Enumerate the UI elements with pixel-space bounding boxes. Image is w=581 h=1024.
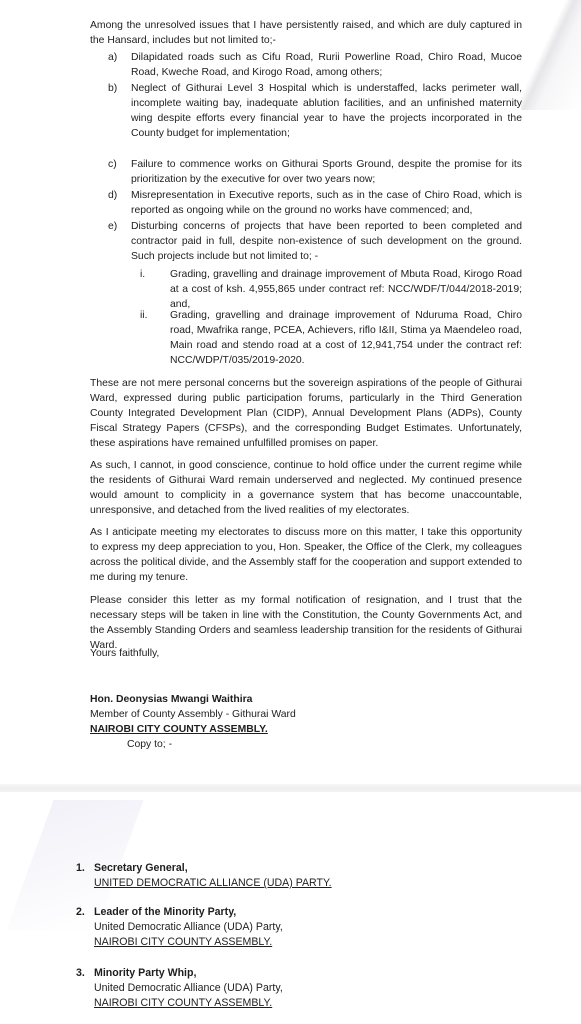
copy-number: 3. — [76, 966, 85, 981]
issue-label: a) — [108, 50, 126, 65]
copy-organization: NAIROBI CITY COUNTY ASSEMBLY. — [94, 996, 283, 1011]
issue-text: Neglect of Githurai Level 3 Hospital whi… — [131, 81, 522, 141]
resignation-paragraph: Please consider this letter as my formal… — [90, 593, 522, 653]
signatory-title: Member of County Assembly - Githurai War… — [90, 707, 296, 722]
intro-paragraph: Among the unresolved issues that I have … — [90, 18, 522, 48]
copy-party: United Democratic Alliance (UDA) Party, — [94, 981, 283, 996]
issue-text: Failure to commence works on Githurai Sp… — [131, 157, 522, 187]
project-label: ii. — [140, 308, 164, 323]
issue-label: c) — [108, 157, 126, 172]
copy-party: United Democratic Alliance (UDA) Party, — [94, 920, 283, 935]
copy-recipient: 3. Minority Party Whip, United Democrati… — [76, 966, 283, 1011]
issue-item: e) Disturbing concerns of projects that … — [108, 219, 522, 264]
issue-label: e) — [108, 219, 126, 234]
copy-title: Secretary General, — [94, 861, 332, 876]
signatory-name: Hon. Deonysias Mwangi Waithira — [90, 692, 252, 707]
issue-item: a) Dilapidated roads such as Cifu Road, … — [108, 50, 522, 80]
issue-text: Dilapidated roads such as Cifu Road, Rur… — [131, 50, 522, 80]
closing-salutation: Yours faithfully, — [90, 646, 159, 661]
project-item: i. Grading, gravelling and drainage impr… — [140, 267, 522, 312]
conscience-paragraph: As such, I cannot, in good conscience, c… — [90, 458, 522, 518]
project-text: Grading, gravelling and drainage improve… — [170, 267, 522, 312]
copy-to-label: Copy to; - — [127, 737, 172, 752]
copy-organization: UNITED DEMOCRATIC ALLIANCE (UDA) PARTY. — [94, 876, 332, 891]
copy-recipient: 2. Leader of the Minority Party, United … — [76, 905, 283, 950]
signatory-organization: NAIROBI CITY COUNTY ASSEMBLY. — [90, 722, 268, 737]
issue-item: c) Failure to commence works on Githurai… — [108, 157, 522, 187]
copy-title: Leader of the Minority Party, — [94, 905, 283, 920]
issue-item: b) Neglect of Githurai Level 3 Hospital … — [108, 81, 522, 141]
aspirations-paragraph: These are not mere personal concerns but… — [90, 376, 522, 451]
copy-number: 2. — [76, 905, 85, 920]
copy-organization: NAIROBI CITY COUNTY ASSEMBLY. — [94, 935, 283, 950]
project-text: Grading, gravelling and drainage improve… — [170, 308, 522, 368]
project-label: i. — [140, 267, 164, 282]
appreciation-paragraph: As I anticipate meeting my electorates t… — [90, 525, 522, 585]
issue-label: d) — [108, 188, 126, 203]
copy-recipient: 1. Secretary General, UNITED DEMOCRATIC … — [76, 861, 332, 891]
copy-number: 1. — [76, 861, 85, 876]
issue-text: Disturbing concerns of projects that hav… — [131, 219, 522, 264]
issue-item: d) Misrepresentation in Executive report… — [108, 188, 522, 218]
copy-title: Minority Party Whip, — [94, 966, 283, 981]
issue-label: b) — [108, 81, 126, 96]
issue-text: Misrepresentation in Executive reports, … — [131, 188, 522, 218]
project-item: ii. Grading, gravelling and drainage imp… — [140, 308, 522, 368]
